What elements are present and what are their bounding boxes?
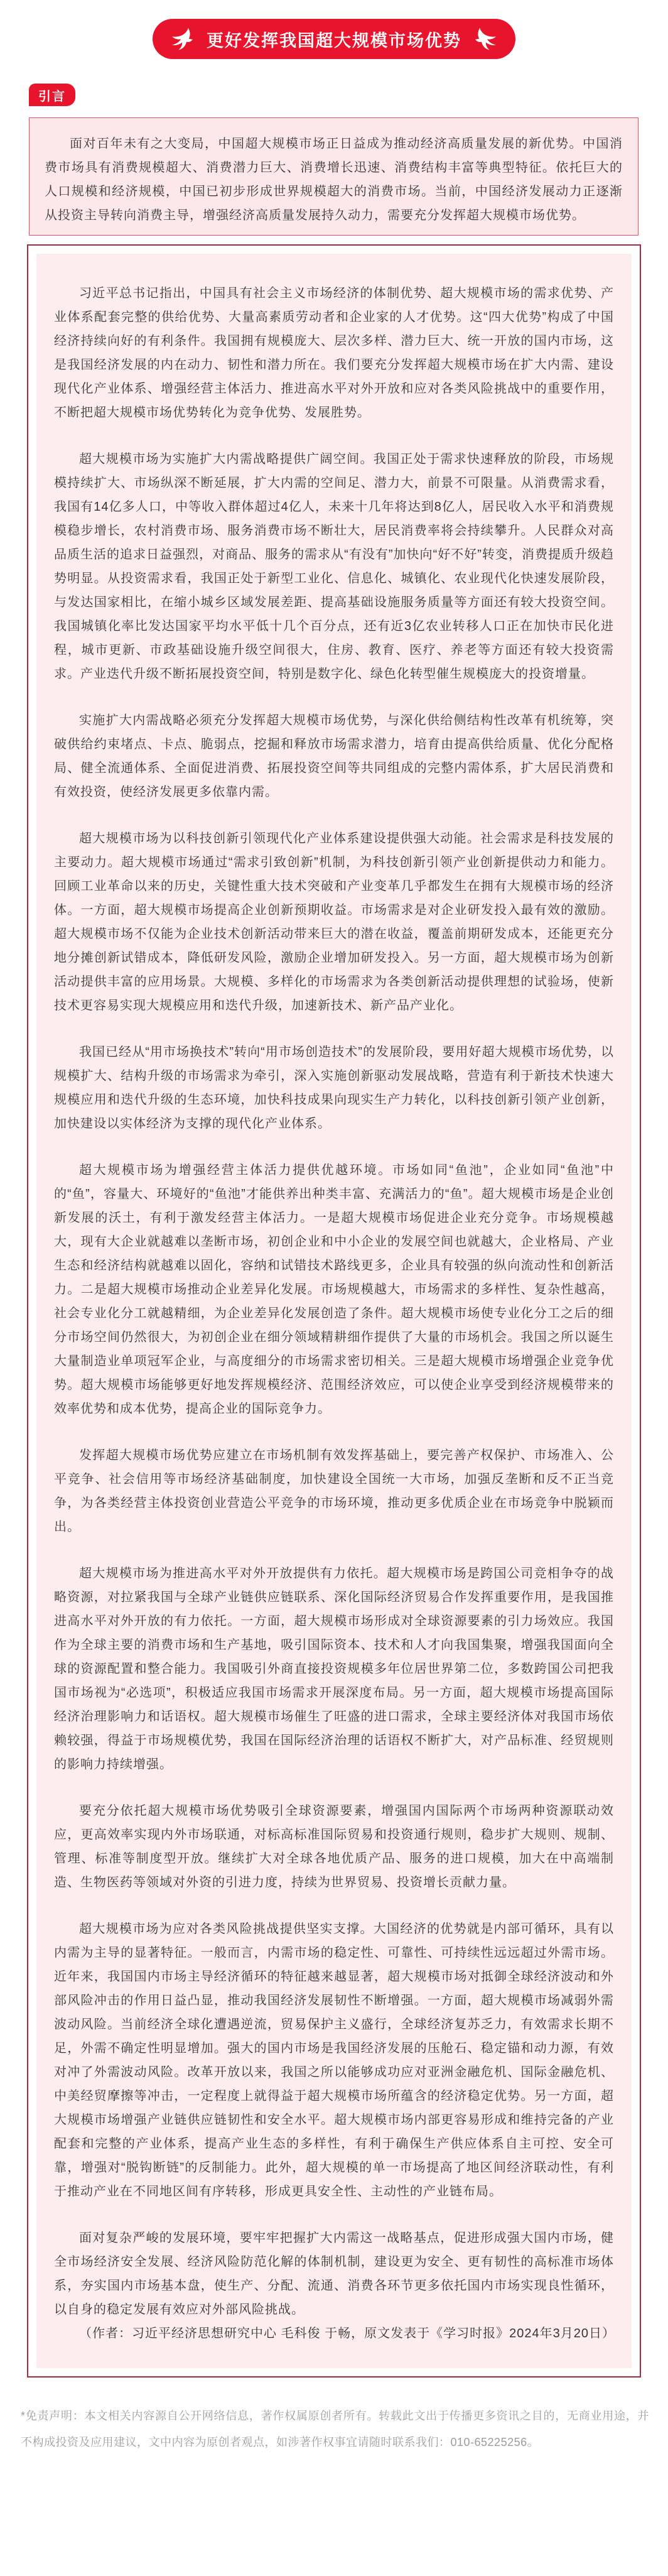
intro-text: 面对百年未有之大变局，中国超大规模市场正日益成为推动经济高质量发展的新优势。中国… bbox=[45, 132, 623, 227]
article-paragraph: 面对复杂严峻的发展环境，要牢牢把握扩大内需这一战略基点，促进形成强大国内市场，健… bbox=[54, 2226, 614, 2322]
article-attribution: （作者：习近平经济思想研究中心 毛科俊 于畅，原文发表于《学习时报》2024年3… bbox=[54, 2322, 614, 2345]
article-paragraph: 超大规模市场为增强经营主体活力提供优越环境。市场如同“鱼池”，企业如同“鱼池”中… bbox=[54, 1158, 614, 1421]
article-paragraph: 超大规模市场为应对各类风险挑战提供坚实支撑。大国经济的优势就是内部可循环，具有以… bbox=[54, 1917, 614, 2204]
disclaimer-text: *免责声明：本文相关内容源自公开网络信息，著作权属原创者所有。转载此文出于传播更… bbox=[21, 2403, 649, 2455]
article-paragraphs: 习近平总书记指出，中国具有社会主义市场经济的体制优势、超大规模市场的需求优势、产… bbox=[54, 281, 614, 2322]
article-paragraph: 超大规模市场为推进高水平对外开放提供有力依托。超大规模市场是跨国公司竞相争夺的战… bbox=[54, 1562, 614, 1776]
intro-tab: 引言 bbox=[29, 84, 75, 106]
page-title: 更好发挥我国超大规模市场优势 bbox=[207, 27, 461, 52]
dove-icon bbox=[169, 26, 194, 52]
intro-box: 面对百年未有之大变局，中国超大规模市场正日益成为推动经济高质量发展的新优势。中国… bbox=[29, 117, 638, 236]
article-paragraph: 实施扩大内需战略必须充分发挥超大规模市场优势，与深化供给侧结构性改革有机统筹，突… bbox=[54, 709, 614, 804]
article-paragraph: 超大规模市场为以科技创新引领现代化产业体系建设提供强大动能。社会需求是科技发展的… bbox=[54, 827, 614, 1018]
article-paragraph: 超大规模市场为实施扩大内需战略提供广阔空间。我国正处于需求快速释放的阶段，市场规… bbox=[54, 447, 614, 686]
article-paragraph: 要充分依托超大规模市场优势吸引全球资源要素，增强国内国际两个市场两种资源联动效应… bbox=[54, 1799, 614, 1894]
article-paragraph: 我国已经从“用市场换技术”转向“用市场创造技术”的发展阶段，要用好超大规模市场优… bbox=[54, 1040, 614, 1136]
article-paragraph: 习近平总书记指出，中国具有社会主义市场经济的体制优势、超大规模市场的需求优势、产… bbox=[54, 281, 614, 425]
article-frame: 习近平总书记指出，中国具有社会主义市场经济的体制优势、超大规模市场的需求优势、产… bbox=[27, 244, 641, 2378]
dove-icon bbox=[474, 26, 499, 52]
header-banner: 更好发挥我国超大规模市场优势 bbox=[0, 0, 668, 59]
article-paragraph: 发挥超大规模市场优势应建立在市场机制有效发挥基础上，要完善产权保护、市场准入、公… bbox=[54, 1443, 614, 1539]
title-badge: 更好发挥我国超大规模市场优势 bbox=[153, 19, 515, 59]
article-body: 习近平总书记指出，中国具有社会主义市场经济的体制优势、超大规模市场的需求优势、产… bbox=[36, 254, 632, 2368]
